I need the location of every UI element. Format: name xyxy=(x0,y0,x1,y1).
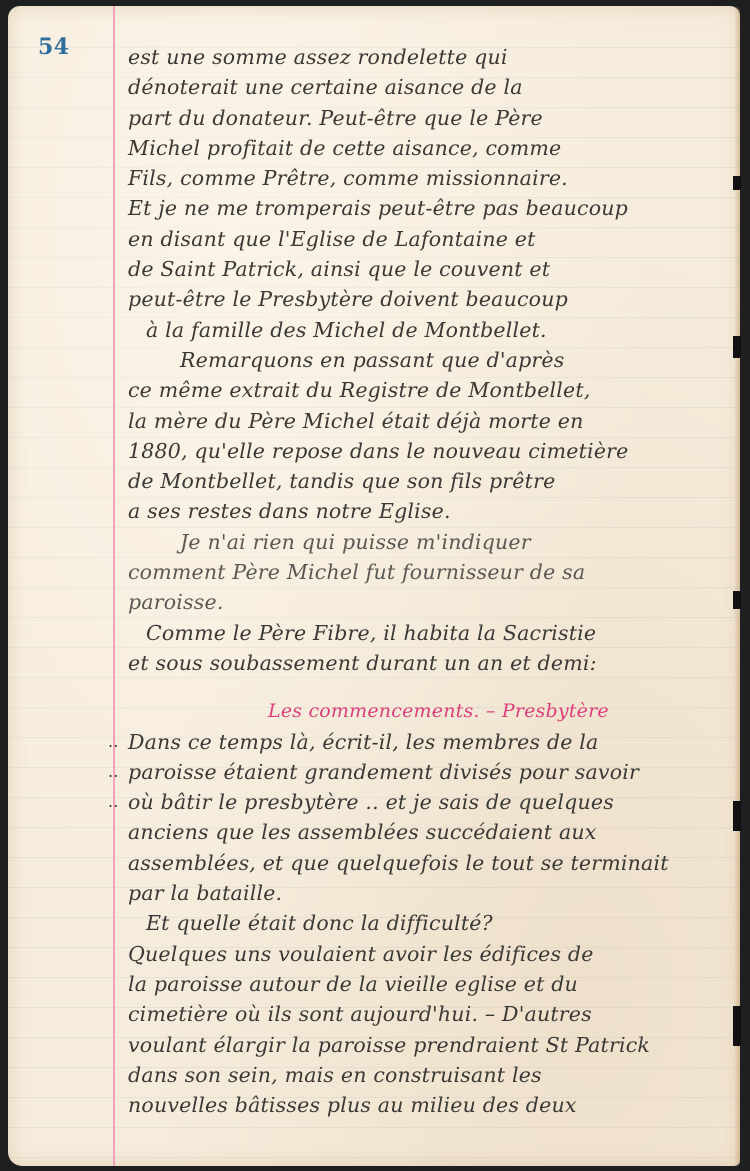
text-line: Fils, comme Prêtre, comme missionnaire. xyxy=(128,163,728,193)
page-number: 54 xyxy=(38,34,70,60)
text-line: est une somme assez rondelette qui xyxy=(128,42,728,72)
page-edge-tear xyxy=(733,336,741,358)
text-line: Et je ne me tromperais peut-être pas bea… xyxy=(128,193,728,223)
text-line: 1880, qu'elle repose dans le nouveau cim… xyxy=(128,436,728,466)
text-line: anciens que les assemblées succédaient a… xyxy=(128,817,728,847)
text-line: Et quelle était donc la difficulté? xyxy=(128,908,728,938)
text-line: voulant élargir la paroisse prendraient … xyxy=(128,1030,728,1060)
page-edge-tear xyxy=(733,1006,741,1046)
text-line: comment Père Michel fut fournisseur de s… xyxy=(128,557,728,587)
quoted-text-line: .. paroisse étaient grandement divisés p… xyxy=(128,757,728,787)
quoted-text-line: .. où bâtir le presbytère .. et je sais … xyxy=(128,787,728,817)
margin-rule-line xyxy=(113,6,115,1166)
page-edge-tear xyxy=(733,591,741,609)
text-line: Comme le Père Fibre, il habita la Sacris… xyxy=(128,618,728,648)
text-line: a ses restes dans notre Eglise. xyxy=(128,496,728,526)
section-heading: Les commencements. – Presbytère xyxy=(128,696,728,726)
text-line: en disant que l'Eglise de Lafontaine et xyxy=(128,224,728,254)
text-line: à la famille des Michel de Montbellet. xyxy=(128,315,728,345)
text-line: Michel profitait de cette aisance, comme xyxy=(128,133,728,163)
text-line: assemblées, et que quelquefois le tout s… xyxy=(128,848,728,878)
text-line-content: Dans ce temps là, écrit-il, les membres … xyxy=(128,730,598,754)
text-line: part du donateur. Peut-être que le Père xyxy=(128,103,728,133)
quote-mark: .. xyxy=(108,727,119,757)
text-line: de Montbellet, tandis que son fils prêtr… xyxy=(128,466,728,496)
text-line: ce même extrait du Registre de Montbelle… xyxy=(128,375,728,405)
quote-mark: .. xyxy=(108,757,119,787)
text-line-content: paroisse étaient grandement divisés pour… xyxy=(128,760,639,784)
text-line: Je n'ai rien qui puisse m'indiquer xyxy=(128,527,728,557)
page-edge-tear xyxy=(733,176,741,190)
text-line: Quelques uns voulaient avoir les édifice… xyxy=(128,939,728,969)
notebook-page: 54 est une somme assez rondelette qui dé… xyxy=(8,6,740,1166)
handwritten-text-body: est une somme assez rondelette qui dénot… xyxy=(128,42,728,1120)
page-edge-tear xyxy=(733,801,741,831)
text-line: dénoterait une certaine aisance de la xyxy=(128,72,728,102)
quote-mark: .. xyxy=(108,787,119,817)
text-line-content: où bâtir le presbytère .. et je sais de … xyxy=(128,790,614,814)
text-line: Remarquons en passant que d'après xyxy=(128,345,728,375)
text-line: la paroisse autour de la vieille eglise … xyxy=(128,969,728,999)
text-line: la mère du Père Michel était déjà morte … xyxy=(128,406,728,436)
text-line: nouvelles bâtisses plus au milieu des de… xyxy=(128,1090,728,1120)
text-line: paroisse. xyxy=(128,587,728,617)
text-line: peut-être le Presbytère doivent beaucoup xyxy=(128,284,728,314)
text-line: et sous soubassement durant un an et dem… xyxy=(128,648,728,678)
text-line: dans son sein, mais en construisant les xyxy=(128,1060,728,1090)
quoted-text-line: .. Dans ce temps là, écrit-il, les membr… xyxy=(128,727,728,757)
text-line: de Saint Patrick, ainsi que le couvent e… xyxy=(128,254,728,284)
text-line: par la bataille. xyxy=(128,878,728,908)
text-line: cimetière où ils sont aujourd'hui. – D'a… xyxy=(128,999,728,1029)
